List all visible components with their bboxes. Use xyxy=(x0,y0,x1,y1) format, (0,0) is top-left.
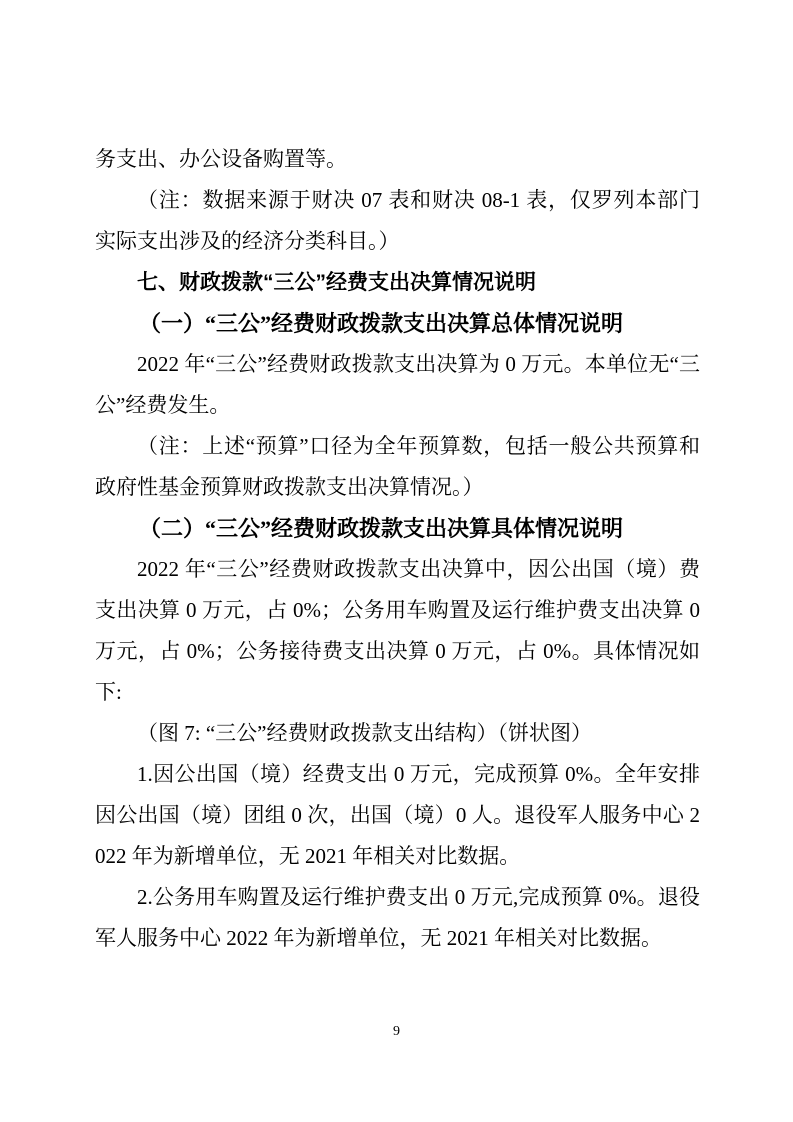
paragraph-note-budget: （注：上述“预算”口径为全年预算数，包括一般公共预算和政府性基金预算财政拨款支出… xyxy=(95,426,700,508)
document-page: 务支出、办公设备购置等。 （注：数据来源于财决 07 表和财决 08-1 表，仅… xyxy=(0,0,793,1122)
paragraph-item-2-vehicle: 2.公务用车购置及运行维护费支出 0 万元,完成预算 0%。退役军人服务中心 2… xyxy=(95,877,700,959)
paragraph-figure-caption: （图 7: “三公”经费财政拨款支出结构）（饼状图） xyxy=(95,713,700,754)
paragraph-continuation: 务支出、办公设备购置等。 xyxy=(95,139,700,180)
subsection-heading-two: （二）“三公”经费财政拨款支出决算具体情况说明 xyxy=(95,508,700,549)
paragraph-item-1-abroad: 1.因公出国（境）经费支出 0 万元，完成预算 0%。全年安排因公出国（境）团组… xyxy=(95,754,700,877)
page-number: 9 xyxy=(0,1022,793,1042)
subsection-heading-one: （一）“三公”经费财政拨款支出决算总体情况说明 xyxy=(95,303,700,344)
paragraph-total-overview: 2022 年“三公”经费财政拨款支出决算为 0 万元。本单位无“三公”经费发生。 xyxy=(95,344,700,426)
paragraph-detail-overview: 2022 年“三公”经费财政拨款支出决算中，因公出国（境）费支出决算 0 万元，… xyxy=(95,549,700,713)
section-heading-seven: 七、财政拨款“三公”经费支出决算情况说明 xyxy=(95,262,700,303)
paragraph-note-source: （注：数据来源于财决 07 表和财决 08-1 表，仅罗列本部门实际支出涉及的经… xyxy=(95,180,700,262)
document-content: 务支出、办公设备购置等。 （注：数据来源于财决 07 表和财决 08-1 表，仅… xyxy=(95,139,700,959)
